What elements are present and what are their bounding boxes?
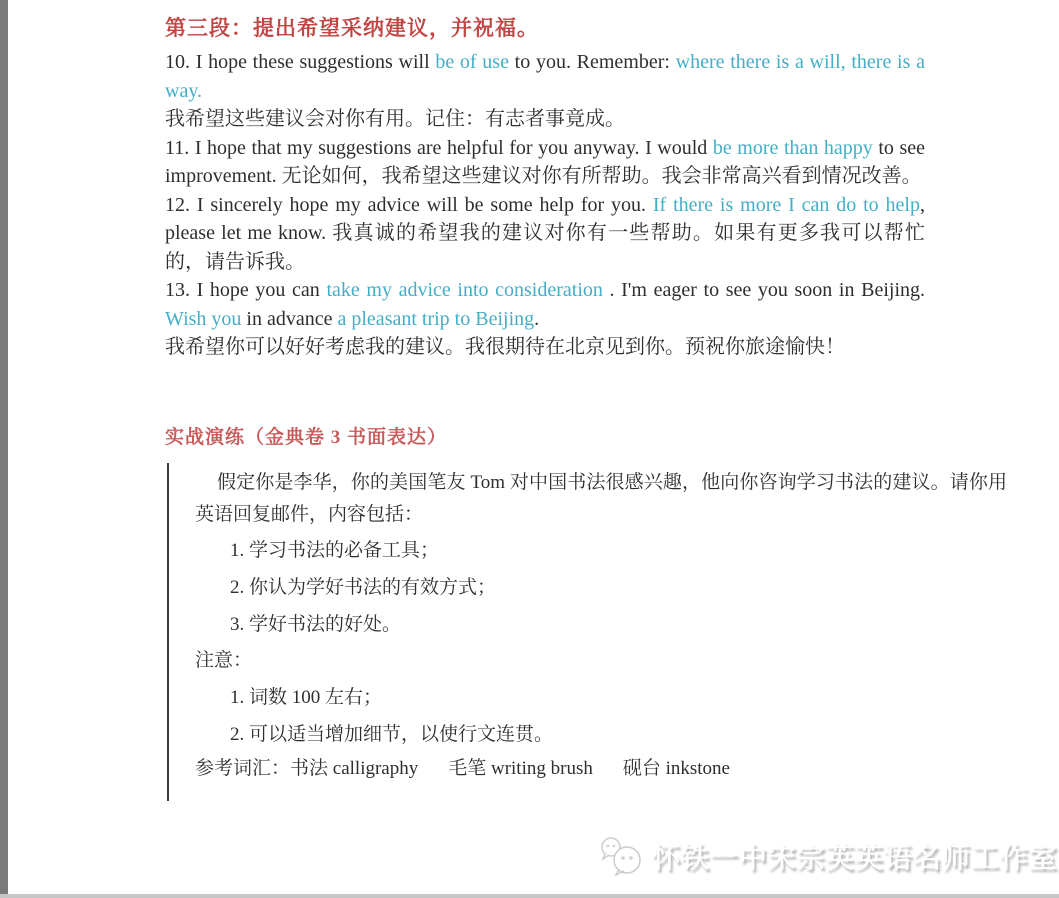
en-text: 12. I sincerely hope my advice will be s… [165,194,653,216]
left-edge-bar [0,0,8,898]
highlighted-phrase: a pleasant trip to Beijing [338,308,535,330]
en-text: 10. I hope these suggestions will [165,51,435,73]
bottom-edge-strip [0,894,1059,898]
note-1: 1. 词数 100 左右； [195,681,1007,715]
highlighted-phrase: Wish you [165,308,241,330]
exercise-prompt: 假定你是李华，你的美国笔友 Tom 对中国书法很感兴趣，他向你咨询学习书法的建议… [195,467,1007,531]
vocab-item: 书法 calligraphy [290,758,418,779]
en-text: in advance [241,308,337,330]
highlighted-phrase: take my advice into consideration [326,279,602,301]
document-content: 第三段：提出希望采纳建议，并祝福。 10. I hope these sugge… [165,12,925,801]
watermark-text: 怀铁一中宋宗英英语名师工作室 [652,836,1058,876]
en-text: . [534,308,539,330]
zh-translation: 我希望这些建议会对你有用。记住：有志者事竟成。 [165,108,625,130]
exercise-point-1: 1. 学习书法的必备工具； [195,534,1007,568]
vocab-item: 毛笔 writing brush [448,758,593,779]
sentence-item-10: 10. I hope these suggestions will be of … [165,48,925,134]
en-text: 13. I hope you can [165,279,326,301]
exercise-box: 假定你是李华，你的美国笔友 Tom 对中国书法很感兴趣，他向你咨询学习书法的建议… [167,463,1007,801]
highlighted-phrase: be more than happy [713,137,873,159]
vocab-line: 参考词汇：书法 calligraphy毛笔 writing brush砚台 in… [195,752,1007,785]
notes-label: 注意： [195,644,1007,678]
exercise-heading: 实战演练（金典卷 3 书面表达） [165,422,925,449]
watermark: 怀铁一中宋宗英英语名师工作室 [598,830,1058,882]
wechat-icon [598,834,644,878]
section-heading: 第三段：提出希望采纳建议，并祝福。 [165,12,925,42]
sentence-item-13: 13. I hope you can take my advice into c… [165,276,925,362]
sentence-item-12: 12. I sincerely hope my advice will be s… [165,191,925,277]
highlighted-phrase: be of use [435,51,509,73]
highlighted-phrase: If there is more I can do to help [653,194,920,216]
en-text: 11. I hope that my suggestions are helpf… [165,137,713,159]
sentence-item-11: 11. I hope that my suggestions are helpf… [165,134,925,191]
en-text: . I'm eager to see you soon in Beijing. [603,279,925,301]
exercise-point-2: 2. 你认为学好书法的有效方式； [195,571,1007,605]
en-text: to you. Remember: [509,51,676,73]
exercise-point-3: 3. 学好书法的好处。 [195,608,1007,642]
vocab-label: 参考词汇： [195,758,290,779]
note-2: 2. 可以适当增加细节，以使行文连贯。 [195,718,1007,752]
zh-translation: 我希望你可以好好考虑我的建议。我很期待在北京见到你。预祝你旅途愉快！ [165,336,845,358]
vocab-item: 砚台 inkstone [623,758,730,779]
